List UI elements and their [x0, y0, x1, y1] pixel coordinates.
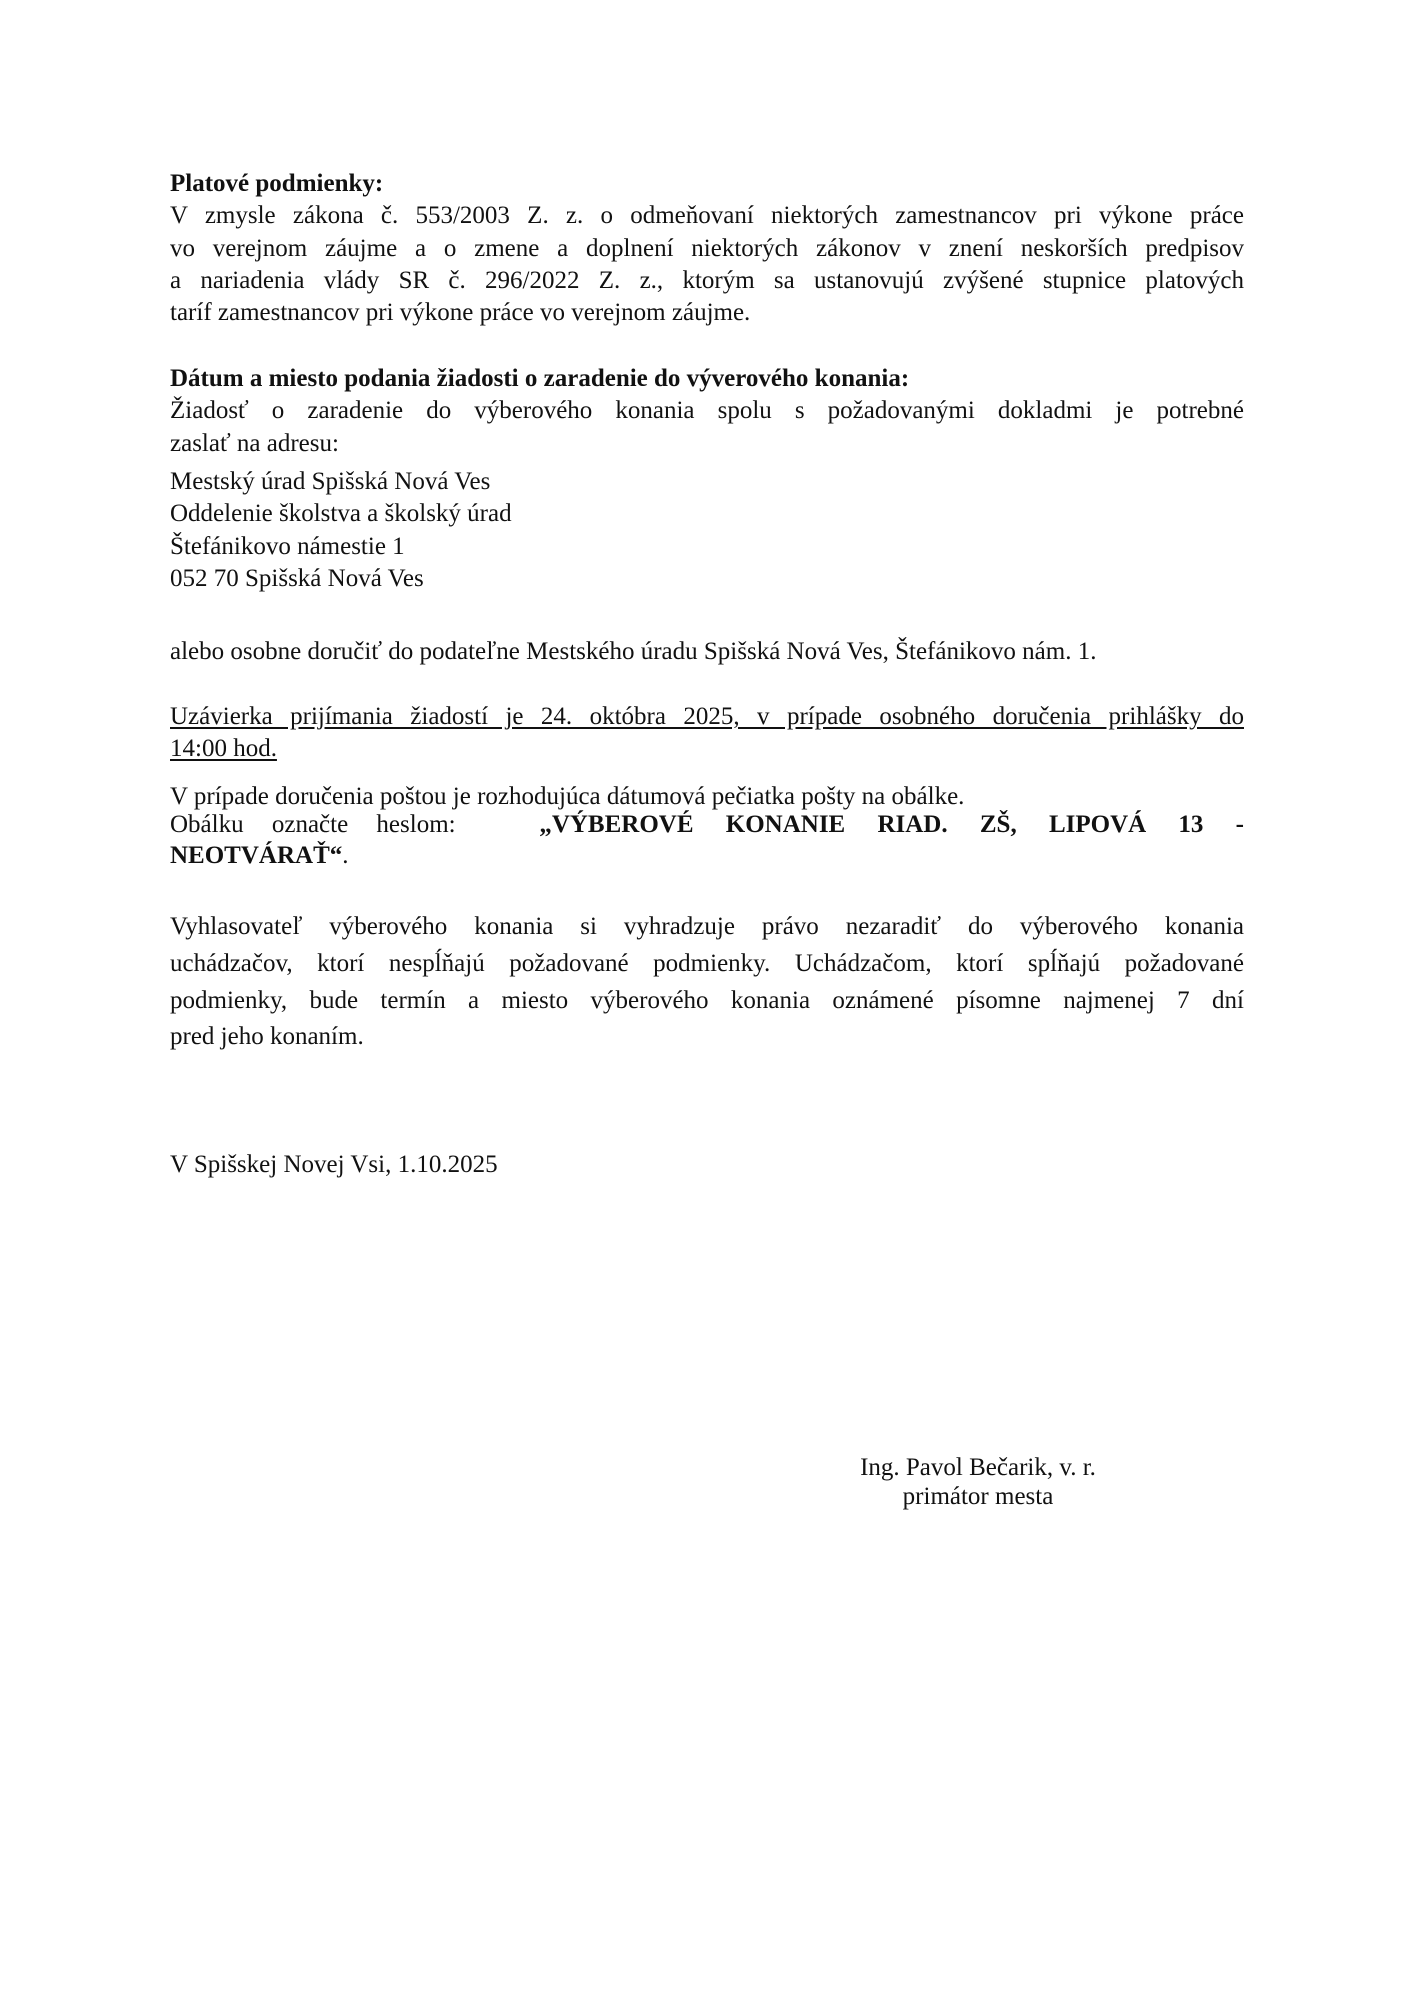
- salary-line: V zmysle zákona č. 553/2003 Z. z. o odme…: [170, 200, 1244, 232]
- envelope-line-2: NEOTVÁRAŤ“.: [170, 840, 1244, 872]
- address-line: 052 70 Spišská Nová Ves: [170, 563, 1244, 595]
- submission-intro-line: zaslať na adresu:: [170, 428, 1244, 460]
- signatory-title: primátor mesta: [778, 1481, 1178, 1513]
- envelope-label: Obálku označte heslom:: [170, 809, 456, 841]
- salary-heading: Platové podmienky:: [170, 168, 1244, 200]
- reservation-line: podmienky, bude termín a miesto výberové…: [170, 985, 1244, 1017]
- reservation-line: Vyhlasovateľ výberového konania si vyhra…: [170, 911, 1244, 943]
- salary-line: a nariadenia vlády SR č. 296/2022 Z. z.,…: [170, 265, 1244, 297]
- address-line: Oddelenie školstva a školský úrad: [170, 498, 1244, 530]
- reservation-line: pred jeho konaním.: [170, 1021, 1244, 1053]
- envelope-end: .: [342, 842, 348, 869]
- salary-line: vo verejnom záujme a o zmene a doplnení …: [170, 233, 1244, 265]
- address-line: Mestský úrad Spišská Nová Ves: [170, 466, 1244, 498]
- envelope-line: Obálku označte heslom: „VÝBEROVÉ KONANIE…: [170, 809, 1244, 841]
- document-page: Platové podmienky: V zmysle zákona č. 55…: [0, 0, 1414, 2000]
- envelope-password: „VÝBEROVÉ KONANIE RIAD. ZŠ, LIPOVÁ 13 -: [539, 809, 1244, 841]
- reservation-line: uchádzačov, ktorí nespĺňajú požadované p…: [170, 948, 1244, 980]
- submission-intro-line: Žiadosť o zaradenie do výberového konani…: [170, 395, 1244, 427]
- signatory-name: Ing. Pavol Bečarik, v. r.: [778, 1452, 1178, 1484]
- in-person-delivery: alebo osobne doručiť do podateľne Mestsk…: [170, 636, 1244, 668]
- deadline-line: 14:00 hod.: [170, 733, 277, 765]
- deadline-line: Uzávierka prijímania žiadostí je 24. okt…: [170, 701, 1244, 733]
- address-line: Štefánikovo námestie 1: [170, 531, 1244, 563]
- salary-line: taríf zamestnancov pri výkone práce vo v…: [170, 297, 1244, 329]
- submission-heading: Dátum a miesto podania žiadosti o zarade…: [170, 363, 1244, 395]
- envelope-password-cont: NEOTVÁRAŤ“: [170, 842, 342, 869]
- place-date: V Spišskej Novej Vsi, 1.10.2025: [170, 1149, 1244, 1181]
